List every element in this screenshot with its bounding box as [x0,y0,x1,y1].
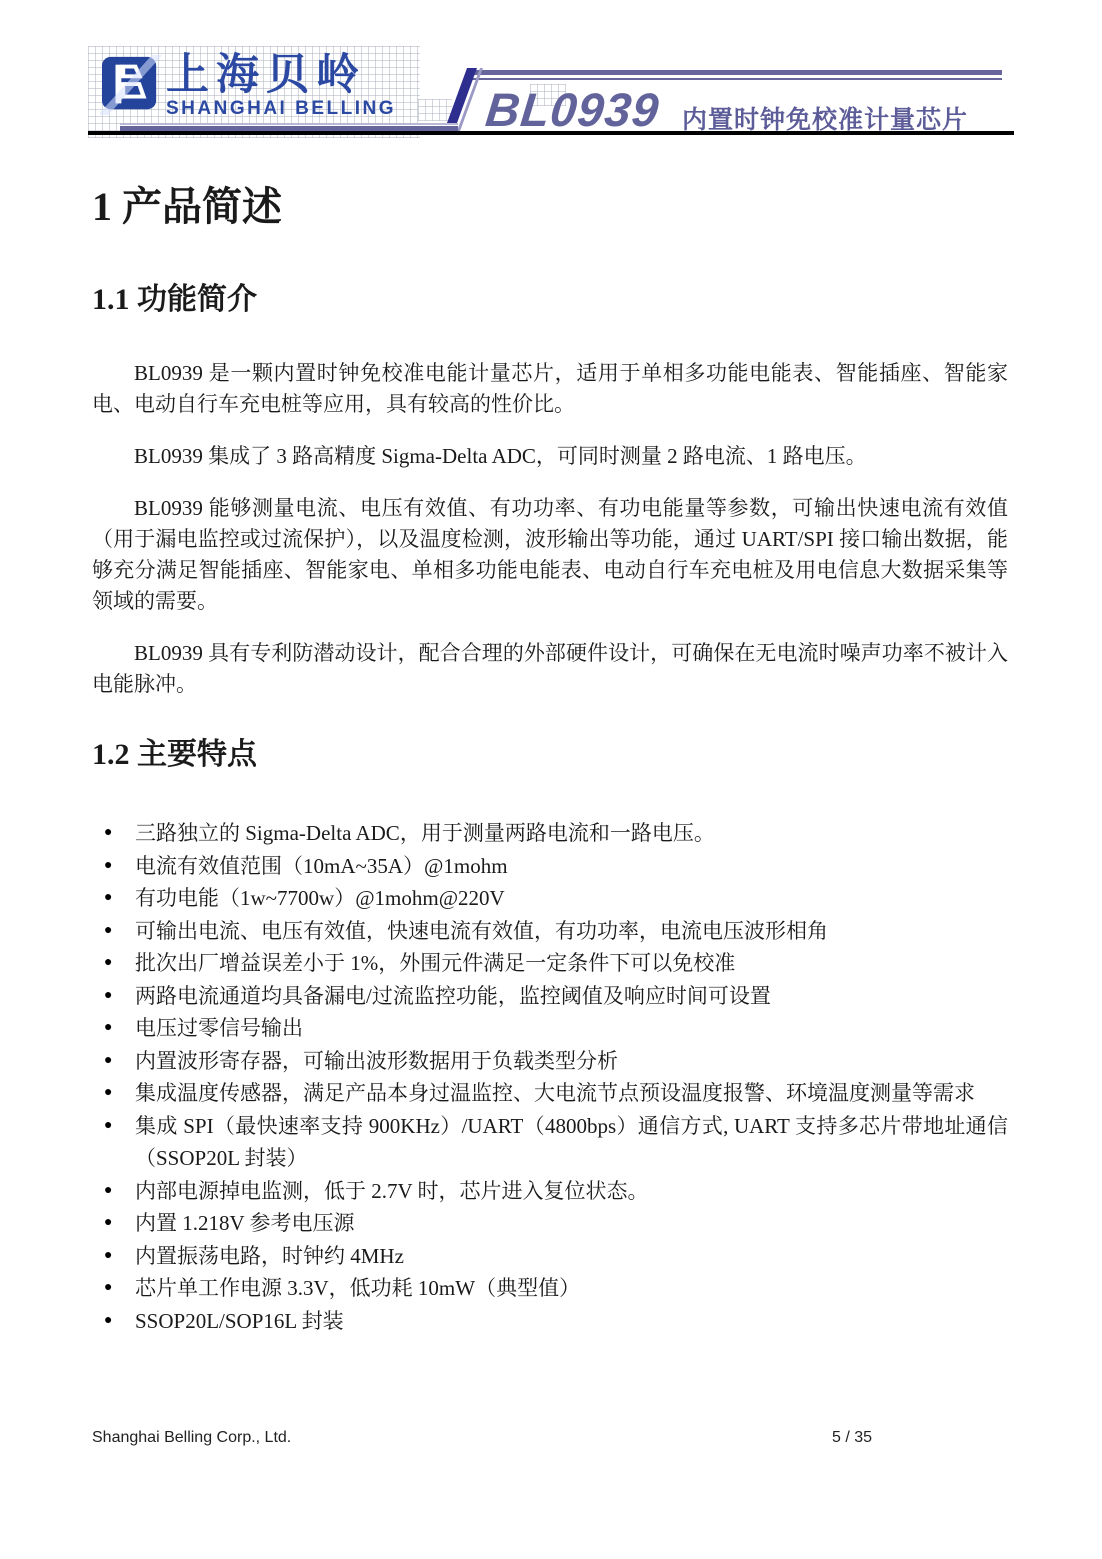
footer-company: Shanghai Belling Corp., Ltd. [92,1429,291,1447]
feature-text: 两路电流通道均具备漏电/过流监控功能，监控阈值及响应时间可设置 [135,984,771,1008]
bullet-icon: ● [104,1045,112,1078]
feature-text: 集成温度传感器，满足产品本身过温监控、大电流节点预设温度报警、环境温度测量等需求 [135,1081,975,1105]
feature-item: ●可输出电流、电压有效值，快速电流有效值，有功功率，电流电压波形相角 [92,915,1008,948]
header-accent-bar [120,123,458,131]
bullet-icon: ● [104,1012,112,1045]
feature-item: ●内置 1.218V 参考电压源 [92,1207,1008,1240]
bullet-icon: ● [104,1175,112,1208]
feature-item: ●电压过零信号输出 [92,1012,1008,1045]
page-header: 上海贝岭 SHANGHAI BELLING BL0939 内置时钟免校准计量芯片 [0,0,1102,140]
feature-item: ●集成温度传感器，满足产品本身过温监控、大电流节点预设温度报警、环境温度测量等需… [92,1077,1008,1110]
header-rule-top [470,70,1002,80]
feature-text: 内置振荡电路，时钟约 4MHz [135,1244,404,1268]
paragraph: BL0939 是一颗内置时钟免校准电能计量芯片，适用于单相多功能电能表、智能插座… [92,358,1008,420]
bullet-icon: ● [104,850,112,883]
bullet-icon: ● [104,1272,112,1305]
feature-text: 内部电源掉电监测，低于 2.7V 时，芯片进入复位状态。 [135,1179,649,1203]
belling-logo-icon [100,55,162,115]
feature-item: ●批次出厂增益误差小于 1%，外围元件满足一定条件下可以免校准 [92,947,1008,980]
intro-paragraphs: BL0939 是一颗内置时钟免校准电能计量芯片，适用于单相多功能电能表、智能插座… [92,358,1008,700]
feature-item: ●有功电能（1w~7700w）@1mohm@220V [92,882,1008,915]
part-number: BL0939 [483,82,662,137]
bullet-icon: ● [104,915,112,948]
feature-item: ●电流有效值范围（10mA~35A）@1mohm [92,850,1008,883]
bullet-icon: ● [104,980,112,1013]
feature-text: 电流有效值范围（10mA~35A）@1mohm [135,854,508,878]
feature-text: 电压过零信号输出 [135,1016,303,1040]
paragraph: BL0939 集成了 3 路高精度 Sigma-Delta ADC，可同时测量 … [92,441,1008,472]
heading-main-features: 1.2 主要特点 [92,738,1008,772]
bullet-icon: ● [104,947,112,980]
feature-item: ●SSOP20L/SOP16L 封装 [92,1305,1008,1338]
feature-item: ●集成 SPI（最快速率支持 900KHz）/UART（4800bps）通信方式… [92,1110,1008,1175]
feature-text: 有功电能（1w~7700w）@1mohm@220V [135,886,505,910]
feature-text: 可输出电流、电压有效值，快速电流有效值，有功功率，电流电压波形相角 [135,919,828,943]
brand-name-en: SHANGHAI BELLING [166,99,396,119]
feature-item: ●两路电流通道均具备漏电/过流监控功能，监控阈值及响应时间可设置 [92,980,1008,1013]
heading-product-overview: 1 产品简述 [92,185,1008,229]
bullet-icon: ● [104,1305,112,1338]
feature-item: ●内部电源掉电监测，低于 2.7V 时，芯片进入复位状态。 [92,1175,1008,1208]
feature-text: 三路独立的 Sigma-Delta ADC，用于测量两路电流和一路电压。 [135,821,715,845]
feature-item: ●三路独立的 Sigma-Delta ADC，用于测量两路电流和一路电压。 [92,817,1008,850]
feature-text: SSOP20L/SOP16L 封装 [135,1309,344,1333]
grid-texture [418,99,452,121]
paragraph: BL0939 能够测量电流、电压有效值、有功功率、有功电能量等参数，可输出快速电… [92,493,1008,617]
feature-text: 批次出厂增益误差小于 1%，外围元件满足一定条件下可以免校准 [135,951,735,975]
datasheet-page: 上海贝岭 SHANGHAI BELLING BL0939 内置时钟免校准计量芯片… [0,0,1102,1559]
header-rule-bottom [88,131,1014,135]
feature-item: ●芯片单工作电源 3.3V，低功耗 10mW（典型值） [92,1272,1008,1305]
page-number: 5 / 35 [832,1429,872,1447]
bullet-icon: ● [104,1207,112,1240]
bullet-icon: ● [104,817,112,850]
bullet-icon: ● [104,882,112,915]
feature-item: ●内置振荡电路，时钟约 4MHz [92,1240,1008,1273]
document-body: 1 产品简述 1.1 功能简介 BL0939 是一颗内置时钟免校准电能计量芯片，… [92,138,1008,1337]
feature-text: 芯片单工作电源 3.3V，低功耗 10mW（典型值） [135,1276,580,1300]
feature-item: ●内置波形寄存器，可输出波形数据用于负载类型分析 [92,1045,1008,1078]
bullet-icon: ● [104,1110,112,1143]
brand-name-cn: 上海贝岭 [166,52,396,98]
paragraph: BL0939 具有专利防潜动设计，配合合理的外部硬件设计，可确保在无电流时噪声功… [92,638,1008,700]
bullet-icon: ● [104,1077,112,1110]
feature-list: ●三路独立的 Sigma-Delta ADC，用于测量两路电流和一路电压。 ●电… [92,817,1008,1337]
bullet-icon: ● [104,1240,112,1273]
feature-text: 集成 SPI（最快速率支持 900KHz）/UART（4800bps）通信方式,… [135,1114,1008,1171]
heading-function-intro: 1.1 功能简介 [92,283,1008,317]
brand-block: 上海贝岭 SHANGHAI BELLING [166,52,396,119]
feature-text: 内置波形寄存器，可输出波形数据用于负载类型分析 [135,1049,618,1073]
feature-text: 内置 1.218V 参考电压源 [135,1211,355,1235]
